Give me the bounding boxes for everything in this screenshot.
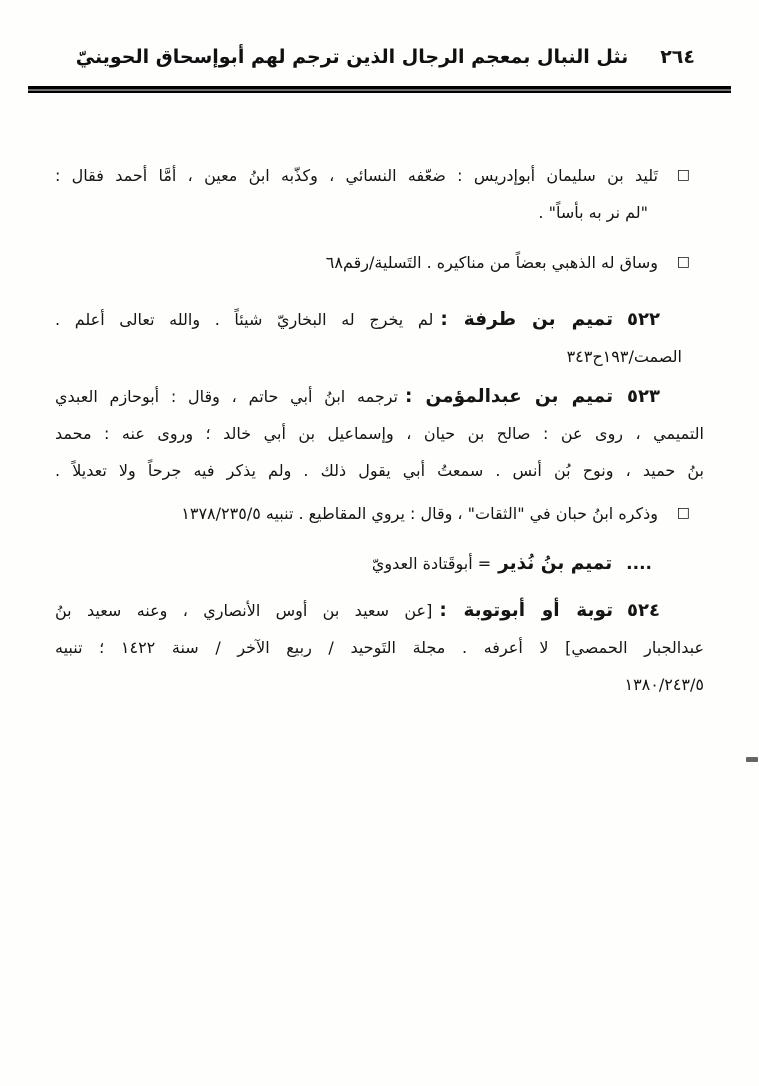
header-rule [28, 86, 731, 93]
note-text-line: وذكره ابنُ حبان في "الثقات" ، وقال : يرو… [55, 495, 658, 532]
citation-line: الصمت/١٩٣ح٣٤٣ [55, 338, 704, 375]
entry-body-line: التميمي ، روى عن : صالح بن حيان ، وإسماع… [55, 415, 704, 452]
entry-524: ٥٢٤توبة أو أبوتوبة :[عن سعيد بن أوس الأن… [55, 592, 704, 703]
entry-heading-line: ٥٢٣تميم بن عبدالمؤمن :ترجمه ابنُ أبي حات… [55, 378, 704, 415]
entry-number: ٥٢٢ [627, 309, 660, 330]
cross-reference-target: = أبوقَتادة العدويّ [372, 554, 491, 573]
entry-name: تميم بن عبدالمؤمن : [405, 386, 613, 407]
square-bullet-icon: □ [677, 244, 690, 281]
entry-522: ٥٢٢تميم بن طرفة :لم يخرج له البخاريّ شيئ… [55, 301, 704, 375]
square-bullet-icon: □ [677, 157, 690, 194]
square-bullet-icon: □ [677, 495, 690, 532]
page-number: ٢٦٤ [660, 46, 695, 68]
citation-line: ١٣٨٠/٢٤٣/٥ [55, 666, 704, 703]
note-text-line: تَليد بن سليمان أبوإدريس : ضعّفه النسائي… [55, 157, 658, 194]
entry-name: تميم بنُ نُذير [498, 553, 612, 574]
note-text-line: وساق له الذهبي بعضاً من مناكيره . التَسل… [55, 244, 658, 281]
note-text-line: "لم نر به بأساً" . [55, 194, 658, 231]
entry-heading-line: ٥٢٢تميم بن طرفة :لم يخرج له البخاريّ شيئ… [55, 301, 704, 338]
cross-reference-line: ....تميم بنُ نُذير= أبوقَتادة العدويّ [55, 545, 704, 583]
page-content: □ تَليد بن سليمان أبوإدريس : ضعّفه النسا… [55, 97, 704, 703]
entry-body-text: [عن سعيد بن أوس الأنصاري ، وعنه سعيد بنُ [55, 601, 432, 620]
entry-523: ٥٢٣تميم بن عبدالمؤمن :ترجمه ابنُ أبي حات… [55, 378, 704, 489]
running-title: نثل النبال بمعجم الرجال الذين ترجم لهم أ… [76, 46, 628, 68]
entry-name: توبة أو أبوتوبة : [439, 600, 613, 621]
entry-body-text: ترجمه ابنُ أبي حاتم ، وقال : أبوحازم الع… [55, 387, 398, 406]
note-taleed: □ تَليد بن سليمان أبوإدريس : ضعّفه النسا… [55, 157, 704, 231]
entry-heading-line: ٥٢٤توبة أو أبوتوبة :[عن سعيد بن أوس الأن… [55, 592, 704, 629]
entry-body-text: لم يخرج له البخاريّ شيئاً . والله تعالى … [55, 310, 433, 329]
entry-body-line: عبدالجبار الحمصي] لا أعرفه . مجلة التَوح… [55, 629, 704, 666]
entry-number: ٥٢٣ [627, 386, 660, 407]
entry-number: ٥٢٤ [627, 600, 660, 621]
dots-marker: .... [626, 554, 652, 574]
entry-body-line: بنُ حميد ، ونوح بُن أنس . سمعتُ أبي يقول… [55, 452, 704, 489]
note-dhahabi: □ وساق له الذهبي بعضاً من مناكيره . التَ… [55, 244, 704, 281]
note-ibn-hibban: □ وذكره ابنُ حبان في "الثقات" ، وقال : ي… [55, 495, 704, 532]
book-page: ٢٦٤ نثل النبال بمعجم الرجال الذين ترجم ل… [0, 0, 759, 1086]
scan-artifact [746, 757, 758, 762]
entry-name: تميم بن طرفة : [440, 309, 613, 330]
